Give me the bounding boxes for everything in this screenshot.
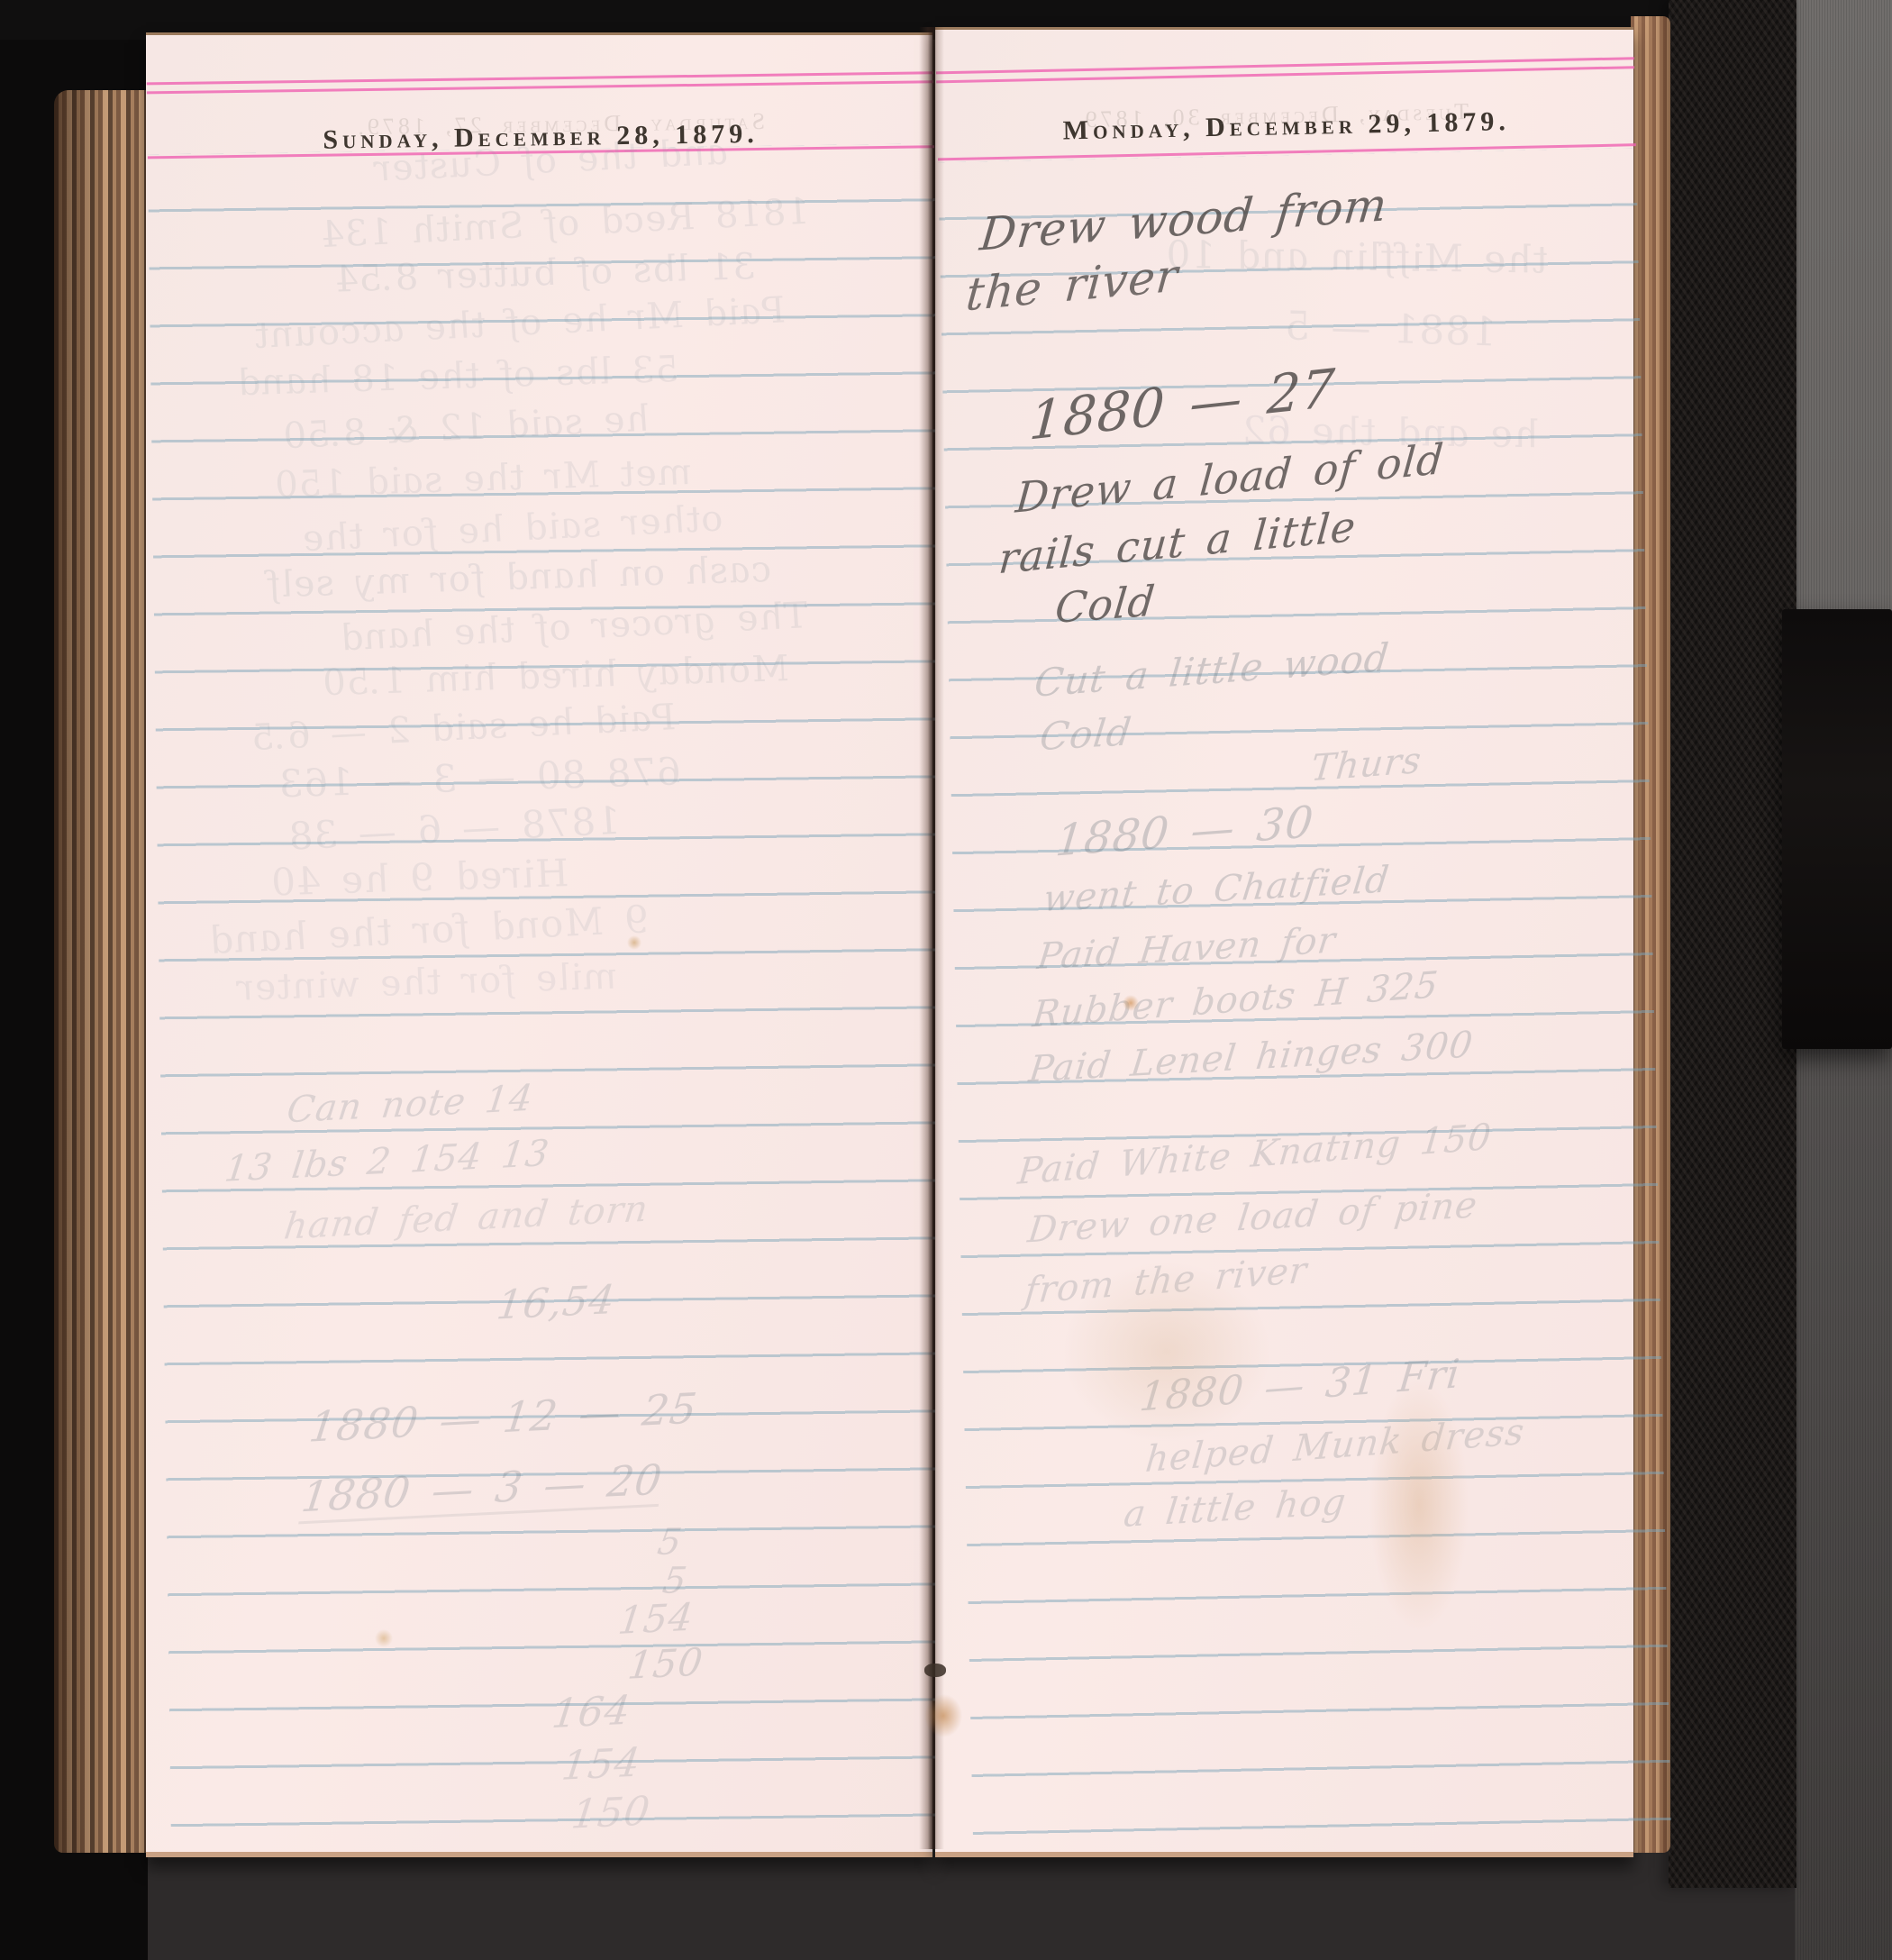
handwriting-line: he and the 62 bbox=[1237, 408, 1542, 456]
handwriting-line: 1880 — 31 Fri bbox=[1137, 1351, 1462, 1421]
handwriting-line: Cold bbox=[1038, 709, 1134, 759]
diary-scan: Sunday, December 28, 1879. Saturday, Dec… bbox=[0, 0, 1892, 1960]
handwriting-line: Cold bbox=[1053, 576, 1158, 633]
handwriting-line: 1878 — 6 — 38 bbox=[285, 798, 623, 859]
handwriting-line: helped Munk dress bbox=[1143, 1411, 1526, 1481]
handwriting-line: Drew one load of pine bbox=[1025, 1184, 1479, 1251]
right-page-ink-layer: Drew wood fromthe river1880 — 27Drew a l… bbox=[935, 17, 1671, 1854]
handwriting-line: 1880 — 3 — 20 bbox=[298, 1454, 665, 1524]
cover-strap bbox=[1782, 609, 1892, 1049]
handwriting-line: went to Chatfield bbox=[1042, 859, 1392, 920]
handwriting-line: Thurs bbox=[1309, 740, 1424, 789]
page-stack-edge-left bbox=[54, 90, 148, 1853]
handwriting-line: 16,54 bbox=[495, 1277, 618, 1329]
handwriting-line: 31 lbs of butter 8.54 bbox=[332, 246, 759, 301]
right-page-content: Monday, December 29, 1879. Drew wood fro… bbox=[935, 17, 1671, 1854]
handwriting-line: he said 12 & 8.50 bbox=[279, 397, 651, 457]
book-gutter bbox=[919, 27, 944, 1849]
handwriting-line: 150 bbox=[569, 1788, 652, 1838]
handwriting-line: 1881 — 5 bbox=[1279, 303, 1501, 355]
left-page: Sunday, December 28, 1879. Saturday, Dec… bbox=[146, 32, 932, 1857]
handwriting-line: met Mr the said 150 bbox=[271, 451, 696, 506]
handwriting-line: 154 bbox=[559, 1739, 643, 1790]
handwriting-line: 13 lbs 2 154 13 bbox=[223, 1133, 552, 1190]
left-page-ink-layer: Saturday, December 27, 1879.and the of C… bbox=[146, 26, 958, 1854]
handwriting-line: 150 bbox=[625, 1639, 705, 1687]
handwriting-line: the Mifflin and 10 bbox=[1161, 232, 1552, 282]
handwriting-line: 154 bbox=[616, 1594, 696, 1642]
handwriting-line: 1880 — 30 bbox=[1053, 797, 1316, 867]
right-page: Monday, December 29, 1879. Drew wood fro… bbox=[935, 27, 1633, 1857]
handwriting-line: a little hog bbox=[1122, 1481, 1349, 1536]
handwriting-line: 1880 — 12 — 25 bbox=[306, 1383, 700, 1451]
handwriting-line: Paid he said 2 — 6.5 bbox=[248, 697, 678, 759]
handwriting-line: mile for the winter bbox=[232, 955, 620, 1009]
ghost-print-header: Tuesday, December 30, 1879. bbox=[1072, 98, 1469, 133]
handwriting-line: Hired 9 he 40 bbox=[268, 851, 572, 905]
handwriting-line: from the river bbox=[1023, 1250, 1309, 1312]
handwriting-line: 53 lbs of the 18 hand bbox=[233, 349, 681, 405]
handwriting-line: Paid White Knating 150 bbox=[1016, 1117, 1494, 1193]
handwriting-line: 9 Mond for the hand bbox=[205, 897, 651, 962]
handwriting-line: Rubber boots H 325 bbox=[1031, 964, 1441, 1036]
handwriting-line: Paid Haven for bbox=[1035, 919, 1339, 978]
book-cover bbox=[1669, 0, 1796, 1888]
handwriting-line: Cut a little wood bbox=[1032, 634, 1391, 705]
left-page-content: Sunday, December 28, 1879. Saturday, Dec… bbox=[146, 26, 958, 1854]
handwriting-line: the river bbox=[964, 249, 1180, 321]
handwriting-line: 5 bbox=[655, 1521, 686, 1563]
handwriting-line: 164 bbox=[550, 1687, 633, 1737]
handwriting-line: Can note 14 bbox=[285, 1078, 536, 1132]
handwriting-line: and the of Custer bbox=[370, 131, 731, 190]
handwriting-line: other said he for the bbox=[299, 497, 726, 560]
handwriting-line: Paid Lenel hinges 300 bbox=[1027, 1024, 1476, 1090]
handwriting-line: hand fed and torn bbox=[282, 1189, 651, 1248]
